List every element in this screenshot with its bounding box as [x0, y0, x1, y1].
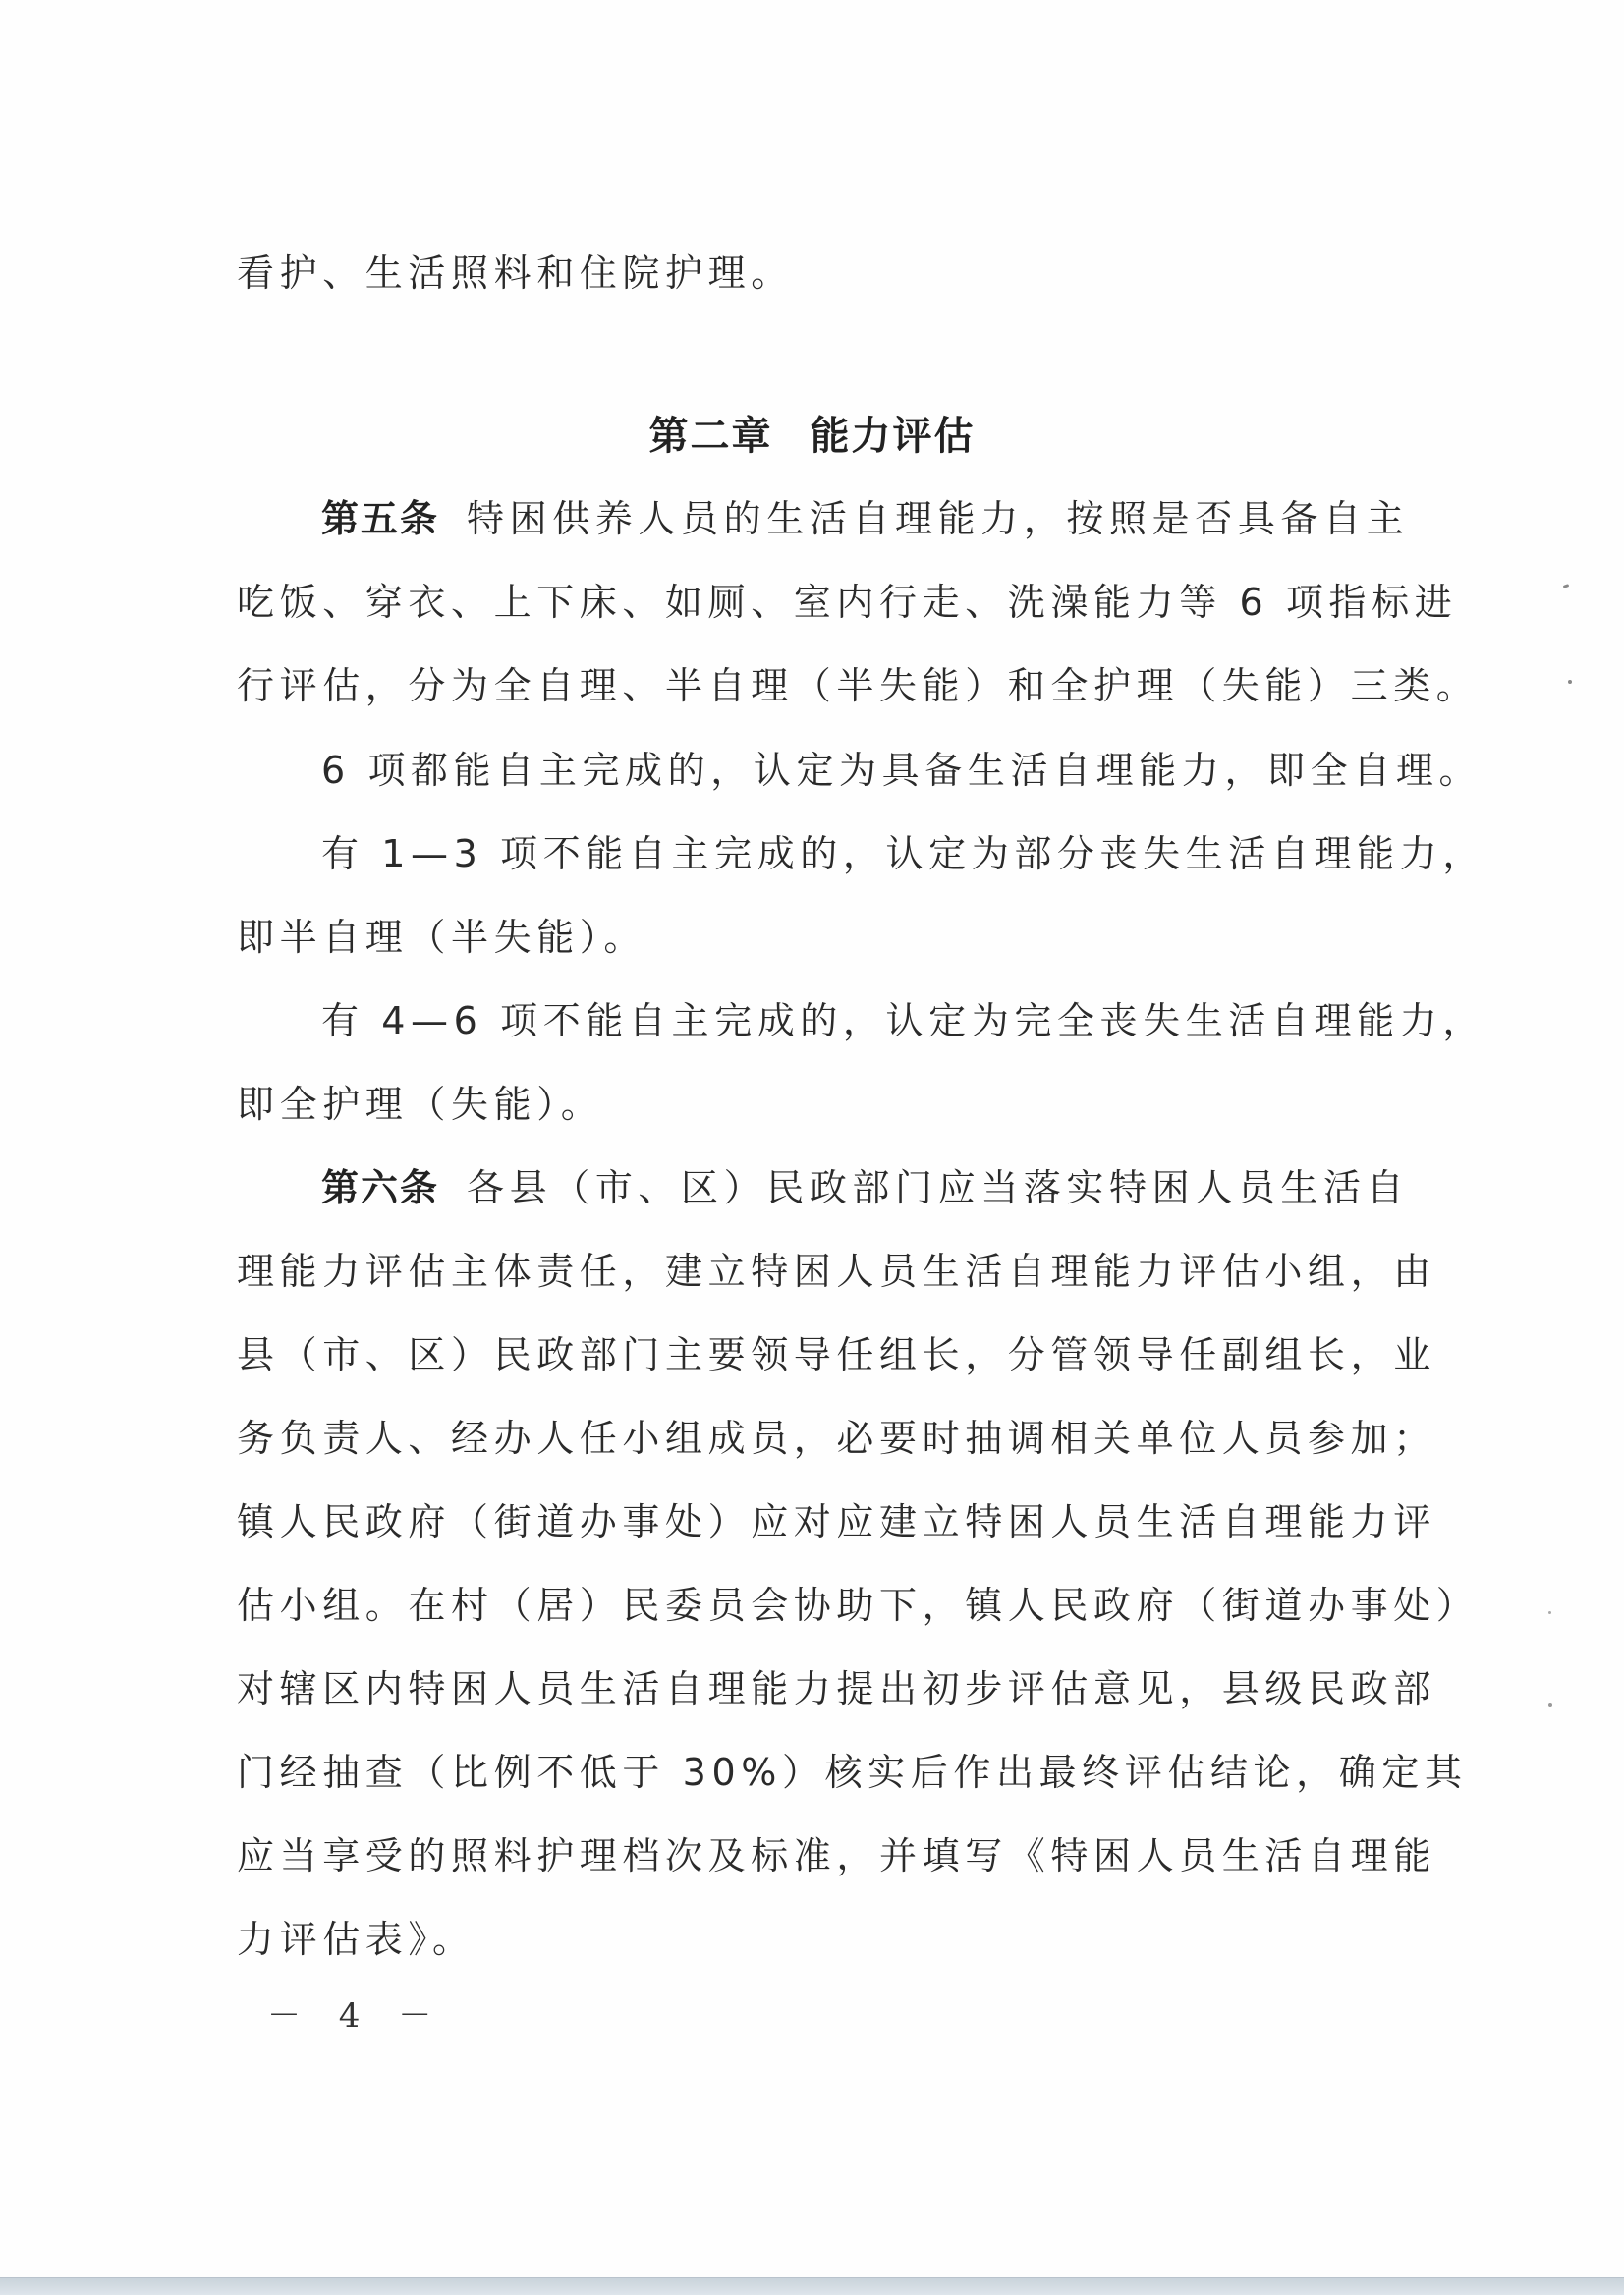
article-5-line-2: 吃饭、穿衣、上下床、如厕、室内行走、洗澡能力等 6 项指标进: [237, 579, 1416, 626]
article-5-label: 第五条: [321, 497, 439, 540]
scan-artifact: [1548, 1611, 1551, 1614]
chapter-number: 第二章: [649, 414, 773, 459]
article-6-line-3: 县（市、区）民政部门主要领导任组长，分管领导任副组长，业: [237, 1331, 1416, 1378]
document-page: 看护、生活照料和住院护理。 第二章能力评估 第五条特困供养人员的生活自理能力，按…: [0, 0, 1624, 2277]
scan-artifact: [1548, 1703, 1552, 1707]
continuation-line: 看护、生活照料和住院护理。: [237, 250, 1416, 297]
chapter-title: 第二章能力评估: [0, 411, 1624, 462]
article-6-line-6: 估小组。在村（居）民委员会协助下，镇人民政府（街道办事处）: [237, 1582, 1416, 1629]
article-6-label: 第六条: [321, 1166, 439, 1209]
article-6-line-5: 镇人民政府（街道办事处）应对应建立特困人员生活自理能力评: [237, 1498, 1416, 1545]
article-6-line-2: 理能力评估主体责任，建立特困人员生活自理能力评估小组，由: [237, 1248, 1416, 1295]
article-6-line-8: 门经抽查（比例不低于 30%）核实后作出最终评估结论，确定其: [237, 1749, 1416, 1796]
article-5-line-3: 行评估，分为全自理、半自理（半失能）和全护理（失能）三类。: [237, 662, 1416, 709]
article-6-line-4: 务负责人、经办人任小组成员，必要时抽调相关单位人员参加；: [237, 1415, 1416, 1462]
article-6-line-7: 对辖区内特困人员生活自理能力提出初步评估意见，县级民政部: [237, 1665, 1416, 1712]
article-5-line-1: 第五条特困供养人员的生活自理能力，按照是否具备自主: [321, 495, 1500, 542]
page-number: － 4 －: [267, 1988, 445, 2037]
article-5-para-3-line-2: 即半自理（半失能）。: [237, 914, 1416, 961]
scan-artifact: [1563, 584, 1570, 588]
article-5-para-2: 6 项都能自主完成的，认定为具备生活自理能力，即全自理。: [321, 747, 1500, 794]
scan-artifact: [1568, 680, 1572, 684]
article-6-line-1: 第六条各县（市、区）民政部门应当落实特困人员生活自: [321, 1164, 1500, 1211]
article-5-para-4-line-1: 有 4—6 项不能自主完成的，认定为完全丧失生活自理能力，: [321, 997, 1500, 1044]
article-5-para-4-line-2: 即全护理（失能）。: [237, 1081, 1416, 1128]
article-6-line-10: 力评估表》。: [237, 1916, 1416, 1963]
article-6-line-9: 应当享受的照料护理档次及标准，并填写《特困人员生活自理能: [237, 1832, 1416, 1879]
chapter-name: 能力评估: [811, 414, 976, 459]
article-5-para-3-line-1: 有 1—3 项不能自主完成的，认定为部分丧失生活自理能力，: [321, 830, 1500, 877]
scan-bottom-edge: [0, 2277, 1624, 2295]
